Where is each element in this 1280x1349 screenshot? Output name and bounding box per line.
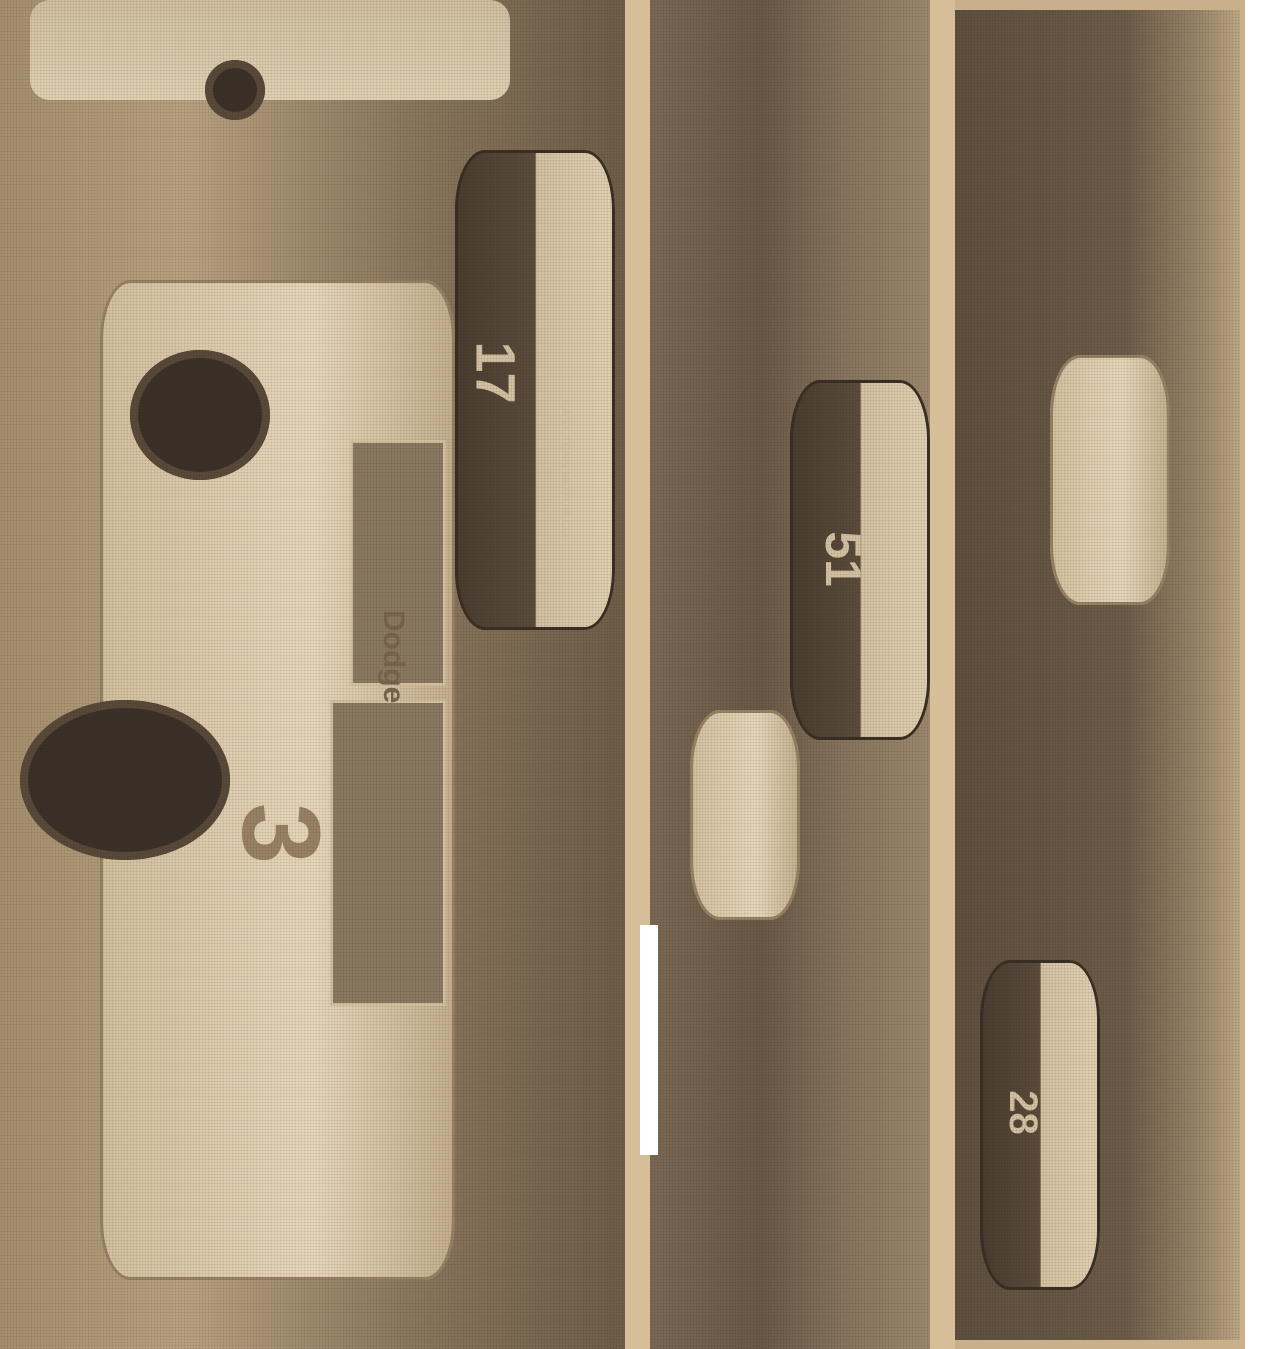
right-photo: 28	[955, 10, 1240, 1340]
car-3-lettering: Dodge	[376, 610, 410, 703]
car-28-number: 28	[1000, 1090, 1045, 1135]
flagman-figure	[30, 0, 510, 100]
car-17: 17 EAST TENN MOTOR CO. FORD	[455, 150, 615, 630]
car-3-window	[330, 700, 446, 1006]
car-3-rear-tire	[130, 350, 270, 480]
column-divider	[930, 0, 955, 1349]
lead-photo: 3 Dodge 17 EAST TENN MOTOR CO. FORD	[0, 0, 625, 1349]
car-17-sublettering: FORD	[540, 470, 555, 507]
car-51-number: 51	[814, 531, 872, 587]
car-17-lettering: EAST TENN MOTOR CO.	[559, 400, 573, 540]
car-3-front-tire	[20, 700, 230, 860]
helmet	[205, 60, 265, 120]
car-28: 28	[980, 960, 1100, 1290]
car-51: 51	[790, 380, 930, 740]
middle-photo: 51	[650, 0, 930, 1349]
car-white-middle	[690, 710, 800, 920]
car-17-number: 17	[464, 341, 529, 403]
newspaper-clipping: 3 Dodge 17 EAST TENN MOTOR CO. FORD 51 2…	[0, 0, 1245, 1349]
car-white-right	[1050, 355, 1170, 605]
car-3-number: 3	[217, 803, 344, 864]
tear-mark	[640, 925, 658, 1155]
